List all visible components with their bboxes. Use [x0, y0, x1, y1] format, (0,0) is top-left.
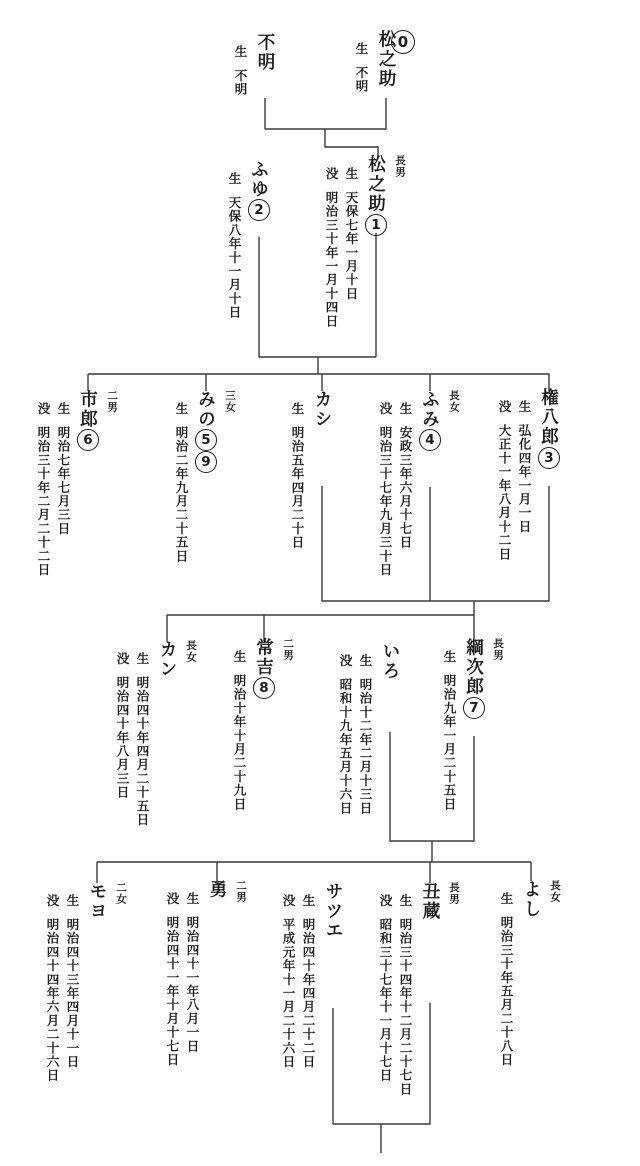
birth-tag: 生 [135, 652, 150, 666]
name-text: みの [196, 390, 216, 429]
person-name: 常吉8 [251, 638, 277, 833]
person-name: カシ [309, 390, 335, 570]
death-tag: 没 [378, 402, 393, 416]
death-column: 没大正十一年八月十二日 [496, 388, 513, 593]
person-tsunekichi: 二男常吉8生明治十年十月二十九日 [228, 638, 295, 833]
name-text: 市郎 [78, 390, 98, 429]
name-text: サツエ [323, 882, 343, 941]
name-text: 松之助 [366, 155, 386, 214]
person-isamu: 二男勇生明治四十一年八月一日没明治四十一年十月十七日 [161, 880, 248, 1090]
birth-date: 明治三十四年十二月二十七日 [398, 908, 413, 1096]
birth-column: 生明治五年四月二十日 [289, 390, 306, 570]
birth-column: 生明治十年十月二十九日 [231, 638, 248, 833]
person-name: 権八郎3 [536, 388, 562, 593]
birth-date: 明治十二年二月十三日 [358, 668, 373, 815]
death-column: 没昭和十九年五月十六日 [337, 642, 354, 832]
name-text: 不明 [255, 33, 275, 72]
death-column: 没明治三十年二月二十二日 [35, 390, 52, 585]
name-text: いろ [380, 642, 400, 681]
sibling-order-label: 長男 [446, 882, 461, 1102]
death-column: 没明治三十七年九月三十日 [377, 390, 394, 595]
birth-tag: 生 [174, 402, 189, 416]
birth-tag: 生 [517, 400, 532, 414]
birth-column: 生明治七年七月三日 [55, 390, 72, 585]
death-column: 没昭和三十七年十一月十七日 [377, 882, 394, 1102]
name-text: 綱次郎 [464, 638, 484, 697]
circled-number-icon: 5 [195, 429, 217, 451]
person-name: 勇 [204, 880, 230, 1090]
person-kan: 長女カン生明治四十年四月二十五日没明治四十年八月三日 [111, 640, 198, 835]
birth-tag: 生 [358, 654, 373, 668]
circled-number-icon: 3 [538, 447, 560, 469]
death-tag: 没 [165, 892, 180, 906]
birth-column: 生弘化四年一月一日 [516, 388, 533, 593]
person-unknown-mother: 不明生不明 [229, 33, 278, 148]
name-text: 丑蔵 [420, 882, 440, 921]
death-tag: 没 [378, 894, 393, 908]
birth-tag: 生 [398, 894, 413, 908]
person-name: 松之助 [373, 30, 399, 150]
birth-column: 生明治四十一年八月一日 [184, 880, 201, 1090]
person-name: 不明 [252, 33, 278, 148]
death-column: 没明治四十年八月三日 [114, 640, 131, 835]
birth-column: 生天保七年一月十日 [343, 155, 360, 355]
name-text: ふゆ [249, 160, 269, 199]
birth-tag: 生 [56, 402, 71, 416]
person-iro: いろ生明治十二年二月十三日没昭和十九年五月十六日 [334, 642, 403, 832]
death-date: 明治三十年二月二十二日 [36, 416, 51, 577]
death-tag: 没 [324, 167, 339, 181]
death-tag: 没 [115, 652, 130, 666]
birth-tag: 生 [344, 167, 359, 181]
birth-column: 生明治九年一月二十五日 [441, 638, 458, 833]
death-column: 没明治四十四年六月二十六日 [44, 882, 61, 1102]
person-name: 松之助1 [363, 155, 389, 355]
circled-number-icon: 4 [419, 429, 441, 451]
birth-column: 生天保八年十一月十日 [226, 160, 243, 355]
circled-number-icon: 6 [77, 429, 99, 451]
name-text: 勇 [207, 880, 227, 900]
person-tsunajiro: 長男綱次郎7生明治九年一月二十五日 [438, 638, 505, 833]
circled-number-icon: 2 [248, 199, 270, 221]
person-ichiro: 二男市郎6生明治七年七月三日没明治三十年二月二十二日 [32, 390, 119, 585]
person-name: ふゆ2 [246, 160, 272, 355]
person-moyo: 二女モヨ生明治四十三年四月十一日没明治四十四年六月二十六日 [41, 882, 128, 1102]
person-name: ふみ4 [417, 390, 443, 595]
birth-date: 明治二年九月二十五日 [174, 416, 189, 563]
birth-date: 弘化四年一月一日 [517, 414, 532, 534]
birth-date: 明治五年四月二十日 [290, 416, 305, 549]
circled-number-icon: 9 [195, 451, 217, 473]
circled-number-icon: 1 [365, 214, 387, 236]
person-fumi: 長女ふみ4生安政三年六月十七日没明治三十七年九月三十日 [374, 390, 461, 595]
name-text: 常吉 [254, 638, 274, 677]
birth-date: 安政三年六月十七日 [398, 416, 413, 549]
birth-column: 生明治四十三年四月十一日 [64, 882, 81, 1102]
birth-date: 明治四十三年四月十一日 [65, 908, 80, 1069]
person-kashi: カシ生明治五年四月二十日 [286, 390, 335, 570]
name-text: 松之助 [376, 30, 396, 89]
person-gonpachiro: 権八郎3生弘化四年一月一日没大正十一年八月十二日 [493, 388, 562, 593]
sibling-order-label: 長男 [490, 638, 505, 833]
sibling-order-label: 長男 [392, 155, 407, 355]
circled-number-icon: 7 [463, 697, 485, 719]
generation-number-badge: 0 [402, 30, 417, 150]
person-yoshi: 長女よし生明治三十年五月二十八日 [495, 880, 562, 1080]
birth-tag: 生 [442, 650, 457, 664]
birth-tag: 生 [233, 45, 248, 59]
name-text: モヨ [87, 882, 107, 921]
birth-column: 生不明 [232, 33, 249, 148]
sibling-order-label: 二男 [104, 390, 119, 585]
birth-date: 明治九年一月二十五日 [442, 664, 457, 811]
sibling-order-label: 二男 [280, 638, 295, 833]
name-text: カシ [312, 390, 332, 429]
sibling-order-label: 長女 [547, 880, 562, 1080]
birth-column: 生明治四十年四月二十五日 [134, 640, 151, 835]
birth-date: 明治四十年四月二十二日 [301, 908, 316, 1069]
person-name: サツエ [320, 882, 346, 1087]
death-date: 明治四十四年六月二十六日 [45, 908, 60, 1082]
birth-tag: 生 [65, 894, 80, 908]
death-column: 没平成元年十一月二十六日 [280, 882, 297, 1087]
name-text: ふみ [420, 390, 440, 429]
birth-tag: 生 [354, 42, 369, 56]
birth-column: 生不明 [353, 30, 370, 150]
birth-column: 生明治三十四年十二月二十七日 [397, 882, 414, 1102]
sibling-order-label: 三女 [222, 390, 237, 605]
death-tag: 没 [36, 402, 51, 416]
death-date: 明治三十七年九月三十日 [378, 416, 393, 577]
death-tag: 没 [338, 654, 353, 668]
person-name: 丑蔵 [417, 882, 443, 1102]
person-name: 市郎6 [75, 390, 101, 585]
birth-date: 不明 [233, 59, 248, 96]
birth-column: 生安政三年六月十七日 [397, 390, 414, 595]
death-date: 昭和三十七年十一月十七日 [378, 908, 393, 1082]
person-name: 綱次郎7 [461, 638, 487, 833]
birth-tag: 生 [499, 892, 514, 906]
name-text: カン [157, 640, 177, 679]
death-date: 明治三十年一月十四日 [324, 181, 339, 328]
birth-tag: 生 [227, 172, 242, 186]
person-name: カン [154, 640, 180, 835]
death-tag: 没 [45, 894, 60, 908]
sibling-order-label: 長女 [446, 390, 461, 595]
birth-date: 明治七年七月三日 [56, 416, 71, 536]
birth-date: 天保八年十一月十日 [227, 186, 242, 319]
person-matsunosuke-0: 0松之助生不明 [350, 30, 417, 150]
birth-date: 明治三十年五月二十八日 [499, 906, 514, 1067]
death-column: 没明治三十年一月十四日 [323, 155, 340, 355]
sibling-order-label: 二男 [233, 880, 248, 1090]
birth-tag: 生 [290, 402, 305, 416]
person-name: よし [518, 880, 544, 1080]
birth-column: 生明治四十年四月二十二日 [300, 882, 317, 1087]
birth-tag: 生 [185, 892, 200, 906]
person-matsunosuke-1: 長男松之助1生天保七年一月十日没明治三十年一月十四日 [320, 155, 407, 355]
person-name: いろ [377, 642, 403, 832]
birth-date: 明治十年十月二十九日 [232, 664, 247, 811]
person-name: みの59 [193, 390, 219, 605]
person-ushizo: 長男丑蔵生明治三十四年十二月二十七日没昭和三十七年十一月十七日 [374, 882, 461, 1102]
death-date: 大正十一年八月十二日 [497, 414, 512, 561]
death-date: 昭和十九年五月十六日 [338, 668, 353, 815]
sibling-order-label: 長女 [183, 640, 198, 835]
person-fuyu: ふゆ2生天保八年十一月十日 [223, 160, 272, 355]
death-tag: 没 [281, 894, 296, 908]
death-date: 平成元年十一月二十六日 [281, 908, 296, 1069]
birth-tag: 生 [301, 894, 316, 908]
sibling-order-label: 二女 [113, 882, 128, 1102]
person-satsue: サツエ生明治四十年四月二十二日没平成元年十一月二十六日 [277, 882, 346, 1087]
name-text: 権八郎 [539, 388, 559, 447]
family-tree-chart: 不明生不明0松之助生不明ふゆ2生天保八年十一月十日長男松之助1生天保七年一月十日… [0, 0, 640, 1166]
circled-number-icon: 8 [253, 677, 275, 699]
birth-date: 天保七年一月十日 [344, 181, 359, 301]
person-mino: 三女みの59生明治二年九月二十五日 [170, 390, 237, 605]
birth-column: 生明治二年九月二十五日 [173, 390, 190, 605]
birth-date: 明治四十一年八月一日 [185, 906, 200, 1053]
birth-column: 生明治十二年二月十三日 [357, 642, 374, 832]
name-text: よし [521, 880, 541, 919]
person-name: モヨ [84, 882, 110, 1102]
death-date: 明治四十一年十月十七日 [165, 906, 180, 1067]
death-tag: 没 [497, 400, 512, 414]
birth-tag: 生 [398, 402, 413, 416]
birth-date: 明治四十年四月二十五日 [135, 666, 150, 827]
birth-column: 生明治三十年五月二十八日 [498, 880, 515, 1080]
death-date: 明治四十年八月三日 [115, 666, 130, 799]
birth-date: 不明 [354, 56, 369, 93]
birth-tag: 生 [232, 650, 247, 664]
death-column: 没明治四十一年十月十七日 [164, 880, 181, 1090]
